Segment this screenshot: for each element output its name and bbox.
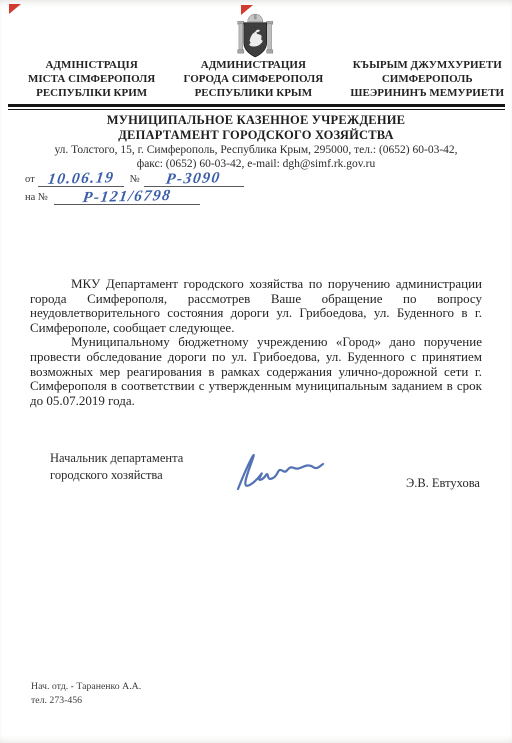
signatory-position-line2: городского хозяйства [50,467,183,484]
red-corner-mark-left [9,4,21,14]
body-paragraph-2: Муниципальному бюджетному учреждению «Го… [30,335,482,408]
outgoing-date-value: 10.06.19 [46,170,115,188]
org-crh-line: ШЕЭРИНИНЪ МЕМУРИЕТИ [339,86,512,100]
org-name-russian: АДМИНИСТРАЦИЯ ГОРОДА СИМФЕРОПОЛЯ РЕСПУБЛ… [175,58,331,100]
org-uk-line: АДМІНІСТРАЦІЯ [16,58,167,72]
address-line-2: факс: (0652) 60-03-42, e-mail: dgh@simf.… [0,158,512,170]
org-ru-line: ГОРОДА СИМФЕРОПОЛЯ [175,72,331,86]
letter-page: АДМІНІСТРАЦІЯ МІСТА СІМФЕРОПОЛЯ РЕСПУБЛІ… [0,0,512,743]
address-line-1: ул. Толстого, 15, г. Симферополь, Респуб… [0,144,512,156]
org-name-ukrainian: АДМІНІСТРАЦІЯ МІСТА СІМФЕРОПОЛЯ РЕСПУБЛІ… [16,58,167,100]
executor-phone: тел. 273-456 [31,694,141,708]
letterhead-org-row: АДМІНІСТРАЦІЯ МІСТА СІМФЕРОПОЛЯ РЕСПУБЛІ… [16,58,504,100]
institution-name: ДЕПАРТАМЕНТ ГОРОДСКОГО ХОЗЯЙСТВА [0,128,512,143]
reference-block: от10.06.19№Р-3090 на №Р-121/6798 [25,171,275,207]
signatory-name: Э.В. Евтухова [406,476,480,491]
org-uk-line: МІСТА СІМФЕРОПОЛЯ [16,72,167,86]
org-crh-line: КЪЫРЫМ ДЖУМХУРИЕТИ [339,58,512,72]
body-paragraph-1: МКУ Департамент городского хозяйства по … [30,277,482,335]
org-ru-line: РЕСПУБЛИКИ КРЫМ [175,86,331,100]
executor-footer: Нач. отд. - Тараненко А.А. тел. 273-456 [31,680,141,708]
signatory-position-line1: Начальник департамента [50,450,183,467]
institution-type: МУНИЦИПАЛЬНОЕ КАЗЕННОЕ УЧРЕЖДЕНИЕ [0,113,512,128]
org-uk-line: РЕСПУБЛІКИ КРИМ [16,86,167,100]
executor-name: Нач. отд. - Тараненко А.А. [31,680,141,694]
signatory-position: Начальник департамента городского хозяйс… [50,450,183,484]
letter-body: МКУ Департамент городского хозяйства по … [30,277,482,408]
crimea-coat-of-arms-icon [236,13,274,61]
incoming-reference-row: на №Р-121/6798 [25,189,275,207]
org-ru-line: АДМИНИСТРАЦИЯ [175,58,331,72]
signature-icon [230,442,330,497]
outgoing-date-underline: 10.06.19 [38,171,124,187]
outgoing-number-value: Р-3090 [165,170,222,187]
incoming-reference-label: на № [25,192,48,205]
outgoing-number-label: № [130,174,140,187]
org-name-crimean-tatar: КЪЫРЫМ ДЖУМХУРИЕТИ СИМФЕРОПОЛЬ ШЕЭРИНИНЪ… [339,58,512,100]
signature-block: Начальник департамента городского хозяйс… [30,448,482,503]
org-crh-line: СИМФЕРОПОЛЬ [339,72,512,86]
outgoing-date-label: от [25,174,35,187]
incoming-reference-underline: Р-121/6798 [54,189,200,205]
incoming-reference-value: Р-121/6798 [82,188,173,206]
scanned-letter: { "document": { "letterhead": { "org_uk"… [0,0,512,743]
outgoing-reference-row: от10.06.19№Р-3090 [25,171,275,189]
outgoing-number-underline: Р-3090 [144,171,244,187]
